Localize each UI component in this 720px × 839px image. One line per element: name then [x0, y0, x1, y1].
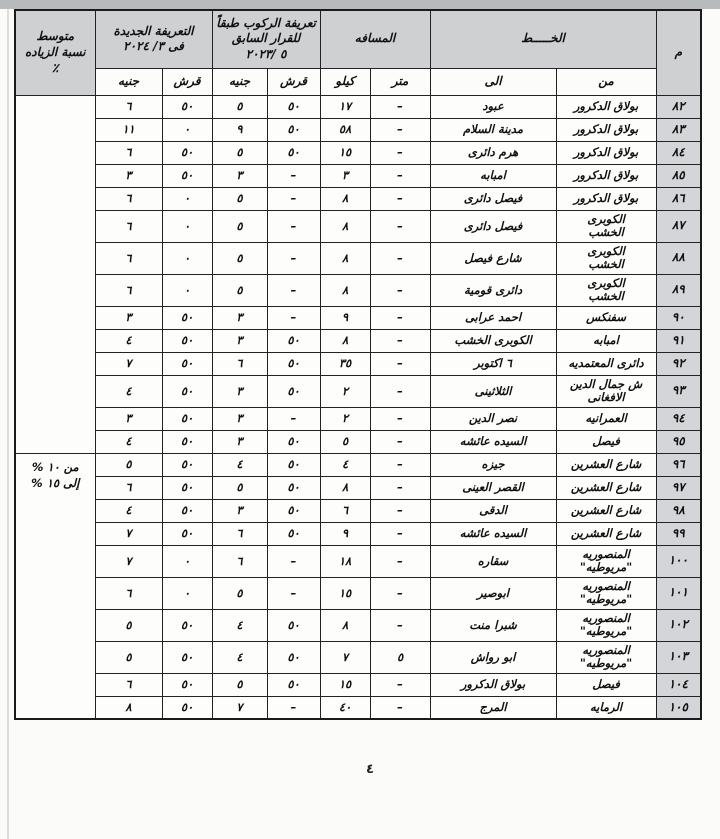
cell-new-qirsh: ٥٠: [162, 673, 212, 696]
cell-to: سقاره: [430, 545, 556, 577]
cell-from: شارع العشرين: [556, 499, 656, 522]
cell-old-pound: ٥: [212, 242, 267, 274]
table-row: ٩٠سفنكساحمد عرابى–٩–٣٥٠٣: [15, 306, 701, 329]
cell-old-qirsh: ٥٠: [267, 609, 320, 641]
cell-meter: –: [370, 430, 430, 453]
cell-old-pound: ٣: [212, 164, 267, 187]
cell-from: امبابه: [556, 329, 656, 352]
table-row: ١٠٤فيصلبولاق الدكرور–١٥٥٠٥٥٠٦: [15, 673, 701, 696]
cell-to: جيزه: [430, 453, 556, 476]
scan-left-edge-line: [7, 9, 9, 839]
page-number: ٤: [0, 762, 720, 777]
cell-kilo: ١٥: [320, 673, 370, 696]
table-row: ٨٨الكوبرىالخشبشارع فيصل–٨–٥٠٦: [15, 242, 701, 274]
header-old-qirsh: قرش: [267, 68, 320, 95]
cell-old-pound: ٤: [212, 453, 267, 476]
cell-new-qirsh: ٥٠: [162, 306, 212, 329]
table-row: ١٠٠المنصوريه"مريوطيه"سقاره–١٨–٦٠٧: [15, 545, 701, 577]
cell-meter: –: [370, 242, 430, 274]
cell-meter: –: [370, 522, 430, 545]
cell-old-qirsh: –: [267, 577, 320, 609]
increase-note-line: من ١٠ %: [19, 459, 92, 476]
cell-row-number: ١٠١: [656, 577, 701, 609]
cell-kilo: ٨: [320, 210, 370, 242]
cell-row-number: ٩٧: [656, 476, 701, 499]
cell-from: سفنكس: [556, 306, 656, 329]
cell-to: السيده عائشه: [430, 430, 556, 453]
cell-row-number: ١٠٤: [656, 673, 701, 696]
cell-from: فيصل: [556, 430, 656, 453]
cell-row-number: ٩٦: [656, 453, 701, 476]
cell-row-number: ٨٤: [656, 141, 701, 164]
cell-to: هرم دائرى: [430, 141, 556, 164]
cell-new-qirsh: ٥٠: [162, 696, 212, 719]
cell-row-number: ٨٥: [656, 164, 701, 187]
cell-to: مدينة السلام: [430, 118, 556, 141]
cell-old-qirsh: ٥٠: [267, 673, 320, 696]
cell-row-number: ٨٨: [656, 242, 701, 274]
cell-new-qirsh: ٥٠: [162, 476, 212, 499]
header-average-increase-line1: متوسط: [19, 29, 92, 45]
cell-new-pound: ٤: [95, 375, 162, 407]
cell-to: ٦ اكتوبر: [430, 352, 556, 375]
cell-to: نصر الدين: [430, 407, 556, 430]
header-old-tariff: تعريفة الركوب طبقاً للقرار السابق ٥ /٢٠٢…: [212, 10, 320, 68]
table-row: ١٠٣المنصوريه"مريوطيه"ابو رواش٥٧٥٠٤٥٠٥: [15, 641, 701, 673]
header-old-tariff-line3: ٥ /٢٠٢٣: [216, 47, 317, 63]
cell-new-pound: ٧: [95, 522, 162, 545]
cell-new-pound: ٤: [95, 499, 162, 522]
cell-old-pound: ٣: [212, 375, 267, 407]
table-row: ١٠٢المنصوريه"مريوطيه"شبرا منت–٨٥٠٤٥٠٥: [15, 609, 701, 641]
cell-new-qirsh: ٥٠: [162, 499, 212, 522]
cell-new-pound: ٣: [95, 407, 162, 430]
cell-old-pound: ٥: [212, 274, 267, 306]
cell-new-pound: ٥: [95, 609, 162, 641]
cell-new-pound: ٦: [95, 274, 162, 306]
header-new-pound: جنيه: [95, 68, 162, 95]
cell-kilo: ٩: [320, 522, 370, 545]
cell-old-qirsh: –: [267, 545, 320, 577]
cell-new-qirsh: ٥٠: [162, 164, 212, 187]
cell-new-qirsh: ٥٠: [162, 375, 212, 407]
cell-kilo: ٥٨: [320, 118, 370, 141]
cell-new-qirsh: ٠: [162, 545, 212, 577]
header-new-tariff: التعريفة الجديدة فى ٣/ ٢٠٢٤: [95, 10, 212, 68]
cell-new-pound: ٣: [95, 164, 162, 187]
header-serial: م: [656, 10, 701, 95]
cell-from: الكوبرىالخشب: [556, 210, 656, 242]
cell-new-qirsh: ٥٠: [162, 95, 212, 118]
cell-from: العمرانيه: [556, 407, 656, 430]
cell-old-qirsh: ٥٠: [267, 375, 320, 407]
cell-meter: –: [370, 609, 430, 641]
cell-new-qirsh: ٥٠: [162, 352, 212, 375]
cell-old-pound: ٤: [212, 609, 267, 641]
table-row: ٩٨شارع العشرينالدقى–٦٥٠٣٥٠٤: [15, 499, 701, 522]
increase-span-cell: من ١٠ %إلى ١٥ %: [15, 453, 95, 719]
tariff-table-container: م الخـــــط المسافه تعريفة الركوب طبقاً …: [14, 9, 702, 720]
cell-old-qirsh: –: [267, 407, 320, 430]
cell-to: امبابه: [430, 164, 556, 187]
cell-kilo: ٨: [320, 274, 370, 306]
cell-row-number: ٩٨: [656, 499, 701, 522]
cell-kilo: ١٥: [320, 141, 370, 164]
header-line: الخـــــط: [430, 10, 656, 68]
cell-kilo: ٤٠: [320, 696, 370, 719]
cell-kilo: ٨: [320, 187, 370, 210]
cell-kilo: ٦: [320, 499, 370, 522]
cell-new-pound: ٦: [95, 95, 162, 118]
cell-meter: –: [370, 118, 430, 141]
increase-span-cell: [15, 95, 95, 453]
cell-new-pound: ١١: [95, 118, 162, 141]
cell-row-number: ٩٣: [656, 375, 701, 407]
cell-new-qirsh: ٠: [162, 118, 212, 141]
cell-from: بولاق الدكرور: [556, 187, 656, 210]
cell-old-pound: ٣: [212, 499, 267, 522]
cell-meter: –: [370, 476, 430, 499]
cell-row-number: ١٠٥: [656, 696, 701, 719]
cell-new-pound: ٦: [95, 187, 162, 210]
cell-from: بولاق الدكرور: [556, 95, 656, 118]
cell-to: المرج: [430, 696, 556, 719]
cell-old-qirsh: –: [267, 306, 320, 329]
cell-kilo: ٣: [320, 164, 370, 187]
header-old-pound: جنيه: [212, 68, 267, 95]
cell-old-qirsh: ٥٠: [267, 499, 320, 522]
cell-meter: –: [370, 577, 430, 609]
cell-old-qirsh: ٥٠: [267, 522, 320, 545]
cell-row-number: ٩٢: [656, 352, 701, 375]
cell-to: احمد عرابى: [430, 306, 556, 329]
cell-row-number: ٩٥: [656, 430, 701, 453]
scan-top-band: [0, 0, 720, 9]
cell-old-qirsh: –: [267, 210, 320, 242]
cell-to: السيده عائشه: [430, 522, 556, 545]
cell-from: دائرى المعتمديه: [556, 352, 656, 375]
cell-new-qirsh: ٠: [162, 210, 212, 242]
cell-from: الكوبرىالخشب: [556, 274, 656, 306]
cell-to: شارع فيصل: [430, 242, 556, 274]
cell-kilo: ٨: [320, 609, 370, 641]
cell-to: القصر العينى: [430, 476, 556, 499]
header-new-tariff-line1: التعريفة الجديدة: [99, 24, 209, 40]
cell-new-qirsh: ٥٠: [162, 141, 212, 164]
cell-from: شارع العشرين: [556, 453, 656, 476]
cell-new-pound: ٦: [95, 476, 162, 499]
table-row: ١٠١المنصوريه"مريوطيه"ابوصير–١٥–٥٠٦: [15, 577, 701, 609]
cell-new-pound: ٦: [95, 210, 162, 242]
cell-old-pound: ٣: [212, 407, 267, 430]
cell-from: بولاق الدكرور: [556, 141, 656, 164]
cell-meter: –: [370, 95, 430, 118]
cell-old-qirsh: –: [267, 242, 320, 274]
cell-old-pound: ٥: [212, 210, 267, 242]
header-average-increase-line3: ٪: [19, 61, 92, 77]
cell-meter: –: [370, 545, 430, 577]
table-row: ٨٩الكوبرىالخشبدائرى قومية–٨–٥٠٦: [15, 274, 701, 306]
header-distance: المسافه: [320, 10, 430, 68]
table-row: ٨٦بولاق الدكرورفيصل دائرى–٨–٥٠٦: [15, 187, 701, 210]
cell-new-qirsh: ٠: [162, 577, 212, 609]
cell-new-qirsh: ٥٠: [162, 329, 212, 352]
cell-row-number: ٨٦: [656, 187, 701, 210]
cell-old-pound: ٣: [212, 329, 267, 352]
table-row: ٩٩شارع العشرينالسيده عائشه–٩٥٠٦٥٠٧: [15, 522, 701, 545]
cell-to: ابو رواش: [430, 641, 556, 673]
cell-meter: –: [370, 274, 430, 306]
cell-meter: –: [370, 210, 430, 242]
cell-row-number: ٩٤: [656, 407, 701, 430]
table-row: ٩٣ش جمال الدينالافغانىالثلاثينى–٢٥٠٣٥٠٤: [15, 375, 701, 407]
cell-new-pound: ٧: [95, 545, 162, 577]
cell-new-qirsh: ٥٠: [162, 453, 212, 476]
cell-new-qirsh: ٥٠: [162, 407, 212, 430]
cell-row-number: ١٠٠: [656, 545, 701, 577]
table-row: ٩٧شارع العشرينالقصر العينى–٨٥٠٥٥٠٦: [15, 476, 701, 499]
cell-old-pound: ٥: [212, 673, 267, 696]
cell-old-qirsh: ٥٠: [267, 329, 320, 352]
cell-new-pound: ٦: [95, 673, 162, 696]
cell-row-number: ٩٠: [656, 306, 701, 329]
cell-new-qirsh: ٥٠: [162, 430, 212, 453]
cell-to: فيصل دائرى: [430, 210, 556, 242]
table-row: ٩١امبابهالكوبرى الخشب–٨٥٠٣٥٠٤: [15, 329, 701, 352]
cell-new-qirsh: ٥٠: [162, 609, 212, 641]
cell-from: فيصل: [556, 673, 656, 696]
cell-kilo: ٢: [320, 407, 370, 430]
cell-new-qirsh: ٠: [162, 274, 212, 306]
table-row: ٨٥بولاق الدكرورامبابه–٣–٣٥٠٣: [15, 164, 701, 187]
cell-new-pound: ٤: [95, 430, 162, 453]
cell-old-pound: ٧: [212, 696, 267, 719]
header-average-increase-line2: نسبة الزياده: [19, 45, 92, 61]
cell-old-pound: ٥: [212, 187, 267, 210]
header-new-qirsh: قرش: [162, 68, 212, 95]
cell-meter: –: [370, 141, 430, 164]
cell-row-number: ٩٩: [656, 522, 701, 545]
header-new-tariff-line2: فى ٣/ ٢٠٢٤: [99, 39, 209, 55]
cell-from: شارع العشرين: [556, 522, 656, 545]
cell-to: الثلاثينى: [430, 375, 556, 407]
cell-from: المنصوريه"مريوطيه": [556, 545, 656, 577]
cell-meter: –: [370, 499, 430, 522]
cell-kilo: ١٨: [320, 545, 370, 577]
cell-old-pound: ٦: [212, 522, 267, 545]
cell-new-pound: ٧: [95, 352, 162, 375]
cell-kilo: ٩: [320, 306, 370, 329]
cell-from: شارع العشرين: [556, 476, 656, 499]
cell-old-qirsh: ٥٠: [267, 476, 320, 499]
cell-new-qirsh: ٠: [162, 242, 212, 274]
cell-row-number: ١٠٣: [656, 641, 701, 673]
cell-old-qirsh: ٥٠: [267, 118, 320, 141]
table-row: ٨٤بولاق الدكرورهرم دائرى–١٥٥٠٥٥٠٦: [15, 141, 701, 164]
cell-meter: –: [370, 375, 430, 407]
cell-old-pound: ٩: [212, 118, 267, 141]
cell-old-qirsh: ٥٠: [267, 95, 320, 118]
header-meter: متر: [370, 68, 430, 95]
cell-old-qirsh: –: [267, 164, 320, 187]
header-old-tariff-line1: تعريفة الركوب طبقاً: [216, 16, 317, 32]
cell-new-pound: ٥: [95, 641, 162, 673]
cell-meter: –: [370, 329, 430, 352]
cell-kilo: ٥: [320, 430, 370, 453]
cell-old-pound: ٥: [212, 577, 267, 609]
cell-from: بولاق الدكرور: [556, 164, 656, 187]
cell-to: شبرا منت: [430, 609, 556, 641]
cell-old-pound: ٦: [212, 352, 267, 375]
cell-kilo: ٨: [320, 476, 370, 499]
cell-kilo: ٢: [320, 375, 370, 407]
header-from: من: [556, 68, 656, 95]
cell-row-number: ١٠٢: [656, 609, 701, 641]
tariff-table: م الخـــــط المسافه تعريفة الركوب طبقاً …: [14, 9, 702, 720]
cell-kilo: ٨: [320, 329, 370, 352]
table-row: ٩٤العمرانيهنصر الدين–٢–٣٥٠٣: [15, 407, 701, 430]
cell-old-qirsh: ٥٠: [267, 352, 320, 375]
cell-new-qirsh: ٥٠: [162, 641, 212, 673]
header-old-tariff-line2: للقرار السابق: [216, 31, 317, 47]
cell-old-pound: ٣: [212, 306, 267, 329]
cell-meter: –: [370, 352, 430, 375]
table-row: ١٠٥الرمايهالمرج–٤٠–٧٥٠٨: [15, 696, 701, 719]
increase-note-line: إلى ١٥ %: [19, 475, 92, 492]
cell-meter: –: [370, 164, 430, 187]
cell-from: الرمايه: [556, 696, 656, 719]
cell-from: الكوبرىالخشب: [556, 242, 656, 274]
header-average-increase: متوسط نسبة الزياده ٪: [15, 10, 95, 95]
cell-old-qirsh: ٥٠: [267, 453, 320, 476]
table-row: ٩٦شارع العشرينجيزه–٤٥٠٤٥٠٥من ١٠ %إلى ١٥ …: [15, 453, 701, 476]
cell-to: الكوبرى الخشب: [430, 329, 556, 352]
cell-row-number: ٨٢: [656, 95, 701, 118]
cell-old-qirsh: ٥٠: [267, 141, 320, 164]
table-row: ٨٧الكوبرىالخشبفيصل دائرى–٨–٥٠٦: [15, 210, 701, 242]
cell-to: بولاق الدكرور: [430, 673, 556, 696]
cell-new-pound: ٦: [95, 242, 162, 274]
cell-old-pound: ٤: [212, 641, 267, 673]
cell-new-pound: ٨: [95, 696, 162, 719]
cell-meter: –: [370, 187, 430, 210]
table-row: ٩٥فيصلالسيده عائشه–٥٥٠٣٥٠٤: [15, 430, 701, 453]
cell-new-pound: ٥: [95, 453, 162, 476]
cell-meter: –: [370, 696, 430, 719]
header-to: الى: [430, 68, 556, 95]
cell-new-pound: ٦: [95, 141, 162, 164]
cell-from: المنصوريه"مريوطيه": [556, 609, 656, 641]
cell-new-qirsh: ٥٠: [162, 522, 212, 545]
cell-old-pound: ٥: [212, 95, 267, 118]
cell-old-qirsh: ٥٠: [267, 430, 320, 453]
cell-to: فيصل دائرى: [430, 187, 556, 210]
cell-row-number: ٩١: [656, 329, 701, 352]
cell-from: المنصوريه"مريوطيه": [556, 641, 656, 673]
cell-old-pound: ٣: [212, 430, 267, 453]
cell-meter: –: [370, 453, 430, 476]
table-row: ٨٢بولاق الدكرورعبود–١٧٥٠٥٥٠٦: [15, 95, 701, 118]
cell-kilo: ١٧: [320, 95, 370, 118]
cell-meter: –: [370, 407, 430, 430]
cell-new-pound: ٣: [95, 306, 162, 329]
cell-new-qirsh: ٠: [162, 187, 212, 210]
cell-new-pound: ٦: [95, 577, 162, 609]
cell-to: دائرى قومية: [430, 274, 556, 306]
table-row: ٨٣بولاق الدكرورمدينة السلام–٥٨٥٠٩٠١١: [15, 118, 701, 141]
cell-new-pound: ٤: [95, 329, 162, 352]
cell-from: بولاق الدكرور: [556, 118, 656, 141]
cell-from: ش جمال الدينالافغانى: [556, 375, 656, 407]
cell-to: الدقى: [430, 499, 556, 522]
cell-old-pound: ٥: [212, 476, 267, 499]
cell-meter: –: [370, 306, 430, 329]
cell-old-qirsh: –: [267, 187, 320, 210]
cell-from: المنصوريه"مريوطيه": [556, 577, 656, 609]
cell-kilo: ٣٥: [320, 352, 370, 375]
cell-row-number: ٨٧: [656, 210, 701, 242]
cell-old-pound: ٥: [212, 141, 267, 164]
cell-row-number: ٨٣: [656, 118, 701, 141]
cell-kilo: ٤: [320, 453, 370, 476]
cell-to: ابوصير: [430, 577, 556, 609]
header-kilo: كيلو: [320, 68, 370, 95]
cell-to: عبود: [430, 95, 556, 118]
cell-kilo: ١٥: [320, 577, 370, 609]
cell-kilo: ٨: [320, 242, 370, 274]
cell-old-pound: ٦: [212, 545, 267, 577]
table-row: ٩٢دائرى المعتمديه٦ اكتوبر–٣٥٥٠٦٥٠٧: [15, 352, 701, 375]
cell-meter: ٥: [370, 641, 430, 673]
cell-kilo: ٧: [320, 641, 370, 673]
cell-old-qirsh: ٥٠: [267, 641, 320, 673]
cell-old-qirsh: –: [267, 696, 320, 719]
cell-row-number: ٨٩: [656, 274, 701, 306]
cell-old-qirsh: –: [267, 274, 320, 306]
cell-meter: –: [370, 673, 430, 696]
